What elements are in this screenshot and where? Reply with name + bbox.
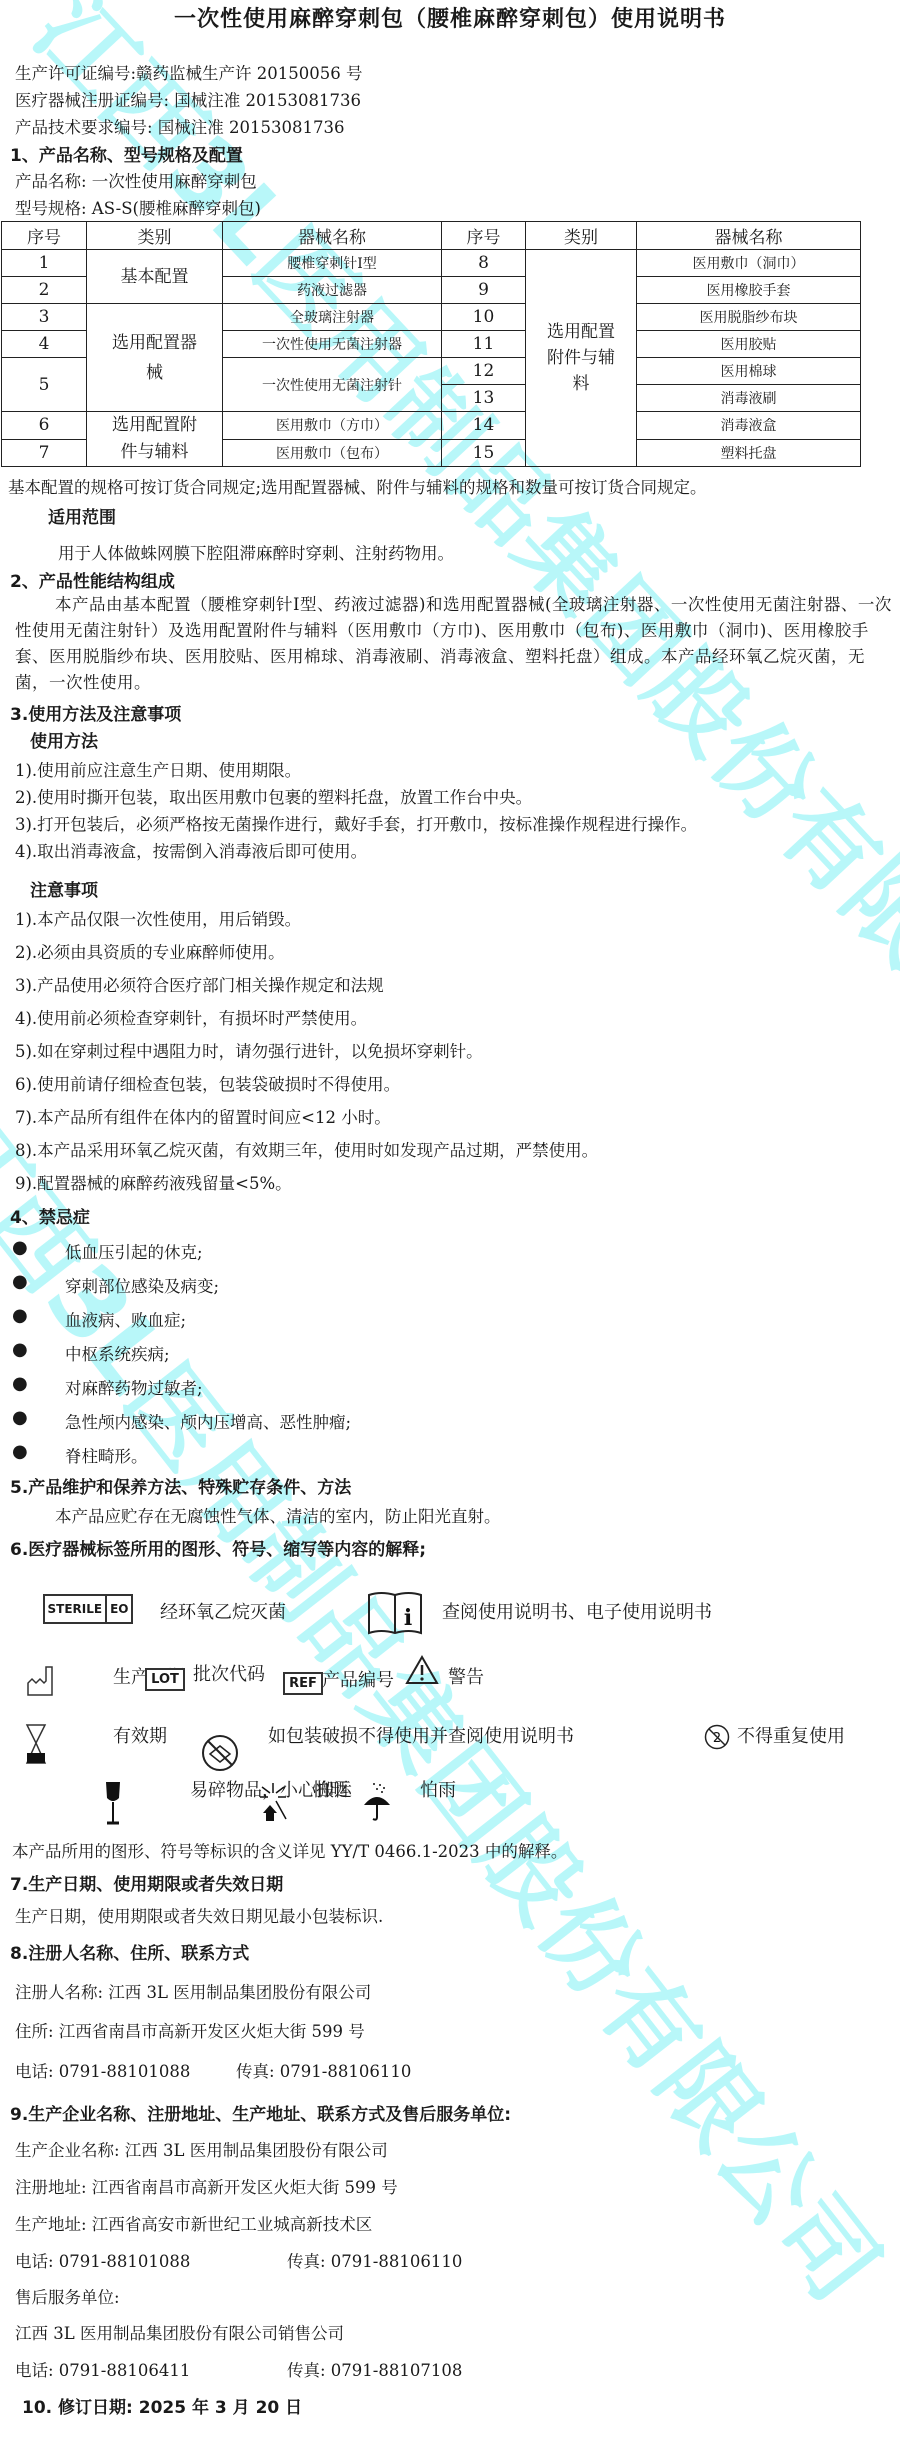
method-item: 2).使用时撕开包装，取出医用敷巾包裹的塑料托盘，放置工作台中央。 bbox=[15, 784, 532, 808]
registrant-phone: 电话: 0791-88101088 bbox=[15, 2058, 190, 2082]
scope-text: 用于人体做蛛网膜下腔阻滞麻醉时穿刺、注射药物用。 bbox=[58, 540, 454, 564]
bullet-icon: ● bbox=[12, 1373, 28, 1394]
column-header: 序号 bbox=[442, 222, 526, 250]
caution-item: 1).本产品仅限一次性使用，用后销毁。 bbox=[15, 906, 301, 930]
production-address: 生产地址: 江西省高安市新世纪工业城高新技术区 bbox=[15, 2211, 372, 2235]
lot-label: 批次代码 bbox=[193, 1660, 265, 1686]
caution-item: 9).配置器械的麻醉药液残留量<5%。 bbox=[15, 1170, 292, 1194]
cell-name: 一次性使用无菌注射器 bbox=[223, 331, 442, 358]
ref-text: REF bbox=[283, 1672, 323, 1695]
section-9-heading: 9.生产企业名称、注册地址、生产地址、联系方式及售后服务单位: bbox=[10, 2100, 511, 2125]
manufacture-date-icon bbox=[25, 1660, 55, 1700]
ref-icon: REF bbox=[288, 1668, 318, 1698]
manufacturer-phone: 电话: 0791-88101088 bbox=[15, 2248, 190, 2272]
technical-requirement-number: 产品技术要求编号: 国械注准 20153081736 bbox=[15, 114, 345, 138]
keep-from-sunlight-label: 怕晒 bbox=[312, 1776, 348, 1802]
sterile-eo-icon: STERILE EO bbox=[38, 1592, 138, 1626]
cell-name: 塑料托盘 bbox=[637, 439, 861, 467]
warning-icon bbox=[404, 1652, 440, 1688]
cell-category: 基本配置 bbox=[87, 250, 223, 304]
after-sales-phone: 电话: 0791-88106411 bbox=[15, 2357, 190, 2381]
bullet-icon: ● bbox=[12, 1305, 28, 1326]
registration-number: 医疗器械注册证编号: 国械注准 20153081736 bbox=[15, 87, 361, 111]
section-1-heading: 1、产品名称、型号规格及配置 bbox=[10, 141, 243, 166]
column-header: 类别 bbox=[526, 222, 637, 250]
cell-name: 全玻璃注射器 bbox=[223, 304, 442, 331]
table-row: 3 选用配置器械 全玻璃注射器 10 医用脱脂纱布块 bbox=[2, 304, 861, 331]
caution-item: 5).如在穿刺过程中遇阻力时，请勿强行进针，以免损坏穿刺针。 bbox=[15, 1038, 483, 1062]
no-reuse-label: 不得重复使用 bbox=[737, 1722, 845, 1748]
section-4-heading: 4、禁忌症 bbox=[10, 1203, 90, 1228]
cell-no: 2 bbox=[2, 277, 87, 304]
category-text: 选用配置附件与辅料 bbox=[546, 319, 616, 397]
cell-name: 消毒液盒 bbox=[637, 412, 861, 440]
cell-name: 一次性使用无菌注射针 bbox=[223, 358, 442, 412]
symbols-footnote: 本产品所用的图形、符号等标识的含义详见 YY/T 0466.1-2023 中的解… bbox=[12, 1838, 567, 1862]
registrant-address: 住所: 江西省南昌市高新开发区火炬大街 599 号 bbox=[15, 2018, 365, 2042]
scope-heading: 适用范围 bbox=[48, 503, 116, 528]
info-letter: i bbox=[404, 1605, 412, 1631]
caution-item: 7).本产品所有组件在体内的留置时间应<12 小时。 bbox=[15, 1104, 391, 1128]
keep-from-sunlight-icon bbox=[256, 1780, 290, 1824]
method-item: 3).打开包装后，必须严格按无菌操作进行，戴好手套，打开敷巾，按标准操作规程进行… bbox=[15, 811, 697, 835]
caution-heading: 注意事项 bbox=[30, 876, 98, 901]
no-reuse-icon: 2 bbox=[702, 1722, 732, 1752]
manufacturer-name: 生产企业名称: 江西 3L 医用制品集团股份有限公司 bbox=[15, 2137, 388, 2161]
cell-name: 医用棉球 bbox=[637, 358, 861, 385]
cell-name: 药液过滤器 bbox=[223, 277, 442, 304]
caution-item: 2).必须由具资质的专业麻醉师使用。 bbox=[15, 939, 285, 963]
keep-dry-label: 怕雨 bbox=[420, 1776, 456, 1802]
section-5-heading: 5.产品维护和保养方法、特殊贮存条件、方法 bbox=[10, 1473, 351, 1498]
method-item: 1).使用前应注意生产日期、使用期限。 bbox=[15, 757, 301, 781]
cell-no: 5 bbox=[2, 358, 87, 412]
column-header: 序号 bbox=[2, 222, 87, 250]
column-header: 器械名称 bbox=[223, 222, 442, 250]
table-row: 1 基本配置 腰椎穿刺针Ⅰ型 8 选用配置附件与辅料 医用敷巾（洞巾） bbox=[2, 250, 861, 277]
ifu-label: 查阅使用说明书、电子使用说明书 bbox=[442, 1598, 712, 1624]
lot-text: LOT bbox=[145, 1668, 185, 1691]
cell-name: 腰椎穿刺针Ⅰ型 bbox=[223, 250, 442, 277]
section-7-heading: 7.生产日期、使用期限或者失效日期 bbox=[10, 1870, 283, 1895]
document-title: 一次性使用麻醉穿刺包（腰椎麻醉穿刺包）使用说明书 bbox=[0, 2, 900, 33]
section-5-text: 本产品应贮存在无腐蚀性气体、清洁的室内，防止阳光直射。 bbox=[55, 1503, 501, 1527]
section-2-text: 本产品由基本配置（腰椎穿刺针I型、药液过滤器)和选用配置器械(全玻璃注射器、一次… bbox=[15, 592, 895, 696]
section-6-heading: 6.医疗器械标签所用的图形、符号、缩写等内容的解释; bbox=[10, 1535, 426, 1560]
after-sales-label: 售后服务单位: bbox=[15, 2284, 120, 2308]
table-header-row: 序号 类别 器械名称 序号 类别 器械名称 bbox=[2, 222, 861, 250]
cell-no: 7 bbox=[2, 439, 87, 467]
cell-name: 医用敷巾（包布） bbox=[223, 439, 442, 467]
cell-no: 13 bbox=[442, 385, 526, 412]
category-text: 选用配置附件与辅料 bbox=[105, 412, 205, 466]
contraindication-item: 急性颅内感染、颅内压增高、恶性肿瘤; bbox=[65, 1409, 351, 1433]
revision-date: 10. 修订日期: 2025 年 3 月 20 日 bbox=[22, 2393, 302, 2418]
cell-no: 12 bbox=[442, 358, 526, 385]
model-spec: 型号规格: AS-S(腰椎麻醉穿刺包) bbox=[15, 195, 261, 219]
configuration-table: 序号 类别 器械名称 序号 类别 器械名称 1 基本配置 腰椎穿刺针Ⅰ型 8 选… bbox=[1, 221, 861, 467]
ref-label: 产品编号 bbox=[322, 1666, 394, 1692]
cell-no: 1 bbox=[2, 250, 87, 277]
caution-item: 4).使用前必须检查穿刺针，有损坏时严禁使用。 bbox=[15, 1005, 367, 1029]
method-heading: 使用方法 bbox=[30, 727, 98, 752]
category-text: 选用配置器械 bbox=[105, 328, 205, 388]
expiry-label: 有效期 bbox=[113, 1722, 167, 1748]
expiry-hourglass-icon bbox=[22, 1722, 50, 1766]
cell-no: 9 bbox=[442, 277, 526, 304]
bullet-icon: ● bbox=[12, 1441, 28, 1462]
ifu-icon: i bbox=[360, 1585, 430, 1640]
warning-label: 警告 bbox=[448, 1663, 484, 1689]
contraindication-item: 穿刺部位感染及病变; bbox=[65, 1273, 219, 1297]
cell-no: 14 bbox=[442, 412, 526, 440]
contraindication-item: 血液病、败血症; bbox=[65, 1307, 186, 1331]
method-item: 4).取出消毒液盒，按需倒入消毒液后即可使用。 bbox=[15, 838, 367, 862]
caution-item: 6).使用前请仔细检查包装，包装袋破损时不得使用。 bbox=[15, 1071, 400, 1095]
section-7-text: 生产日期，使用期限或者失效日期见最小包装标识. bbox=[15, 1903, 383, 1927]
after-sales-company: 江西 3L 医用制品集团股份有限公司销售公司 bbox=[15, 2320, 344, 2344]
cell-no: 6 bbox=[2, 412, 87, 440]
damaged-package-label: 如包装破损不得使用并查阅使用说明书 bbox=[268, 1722, 574, 1748]
cell-name: 医用敷巾（方巾） bbox=[223, 412, 442, 440]
cell-no: 3 bbox=[2, 304, 87, 331]
caution-item: 8).本产品采用环氧乙烷灭菌，有效期三年，使用时如发现产品过期，严禁使用。 bbox=[15, 1137, 598, 1161]
cell-no: 10 bbox=[442, 304, 526, 331]
caution-item: 3).产品使用必须符合医疗部门相关操作规定和法规 bbox=[15, 972, 384, 996]
registered-address: 注册地址: 江西省南昌市高新开发区火炬大街 599 号 bbox=[15, 2174, 398, 2198]
cell-no: 8 bbox=[442, 250, 526, 277]
config-note: 基本配置的规格可按订货合同规定;选用配置器械、附件与辅料的规格和数量可按订货合同… bbox=[8, 474, 707, 498]
cell-name: 医用敷巾（洞巾） bbox=[637, 250, 861, 277]
manufacturer-fax: 传真: 0791-88106110 bbox=[287, 2248, 462, 2272]
column-header: 器械名称 bbox=[637, 222, 861, 250]
column-header: 类别 bbox=[87, 222, 223, 250]
cell-name: 消毒液刷 bbox=[637, 385, 861, 412]
cell-category: 选用配置器械 bbox=[87, 304, 223, 412]
eo-text: EO bbox=[107, 1602, 131, 1616]
contraindication-item: 对麻醉药物过敏者; bbox=[65, 1375, 203, 1399]
contraindication-item: 中枢系统疾病; bbox=[65, 1341, 170, 1365]
section-2-heading: 2、产品性能结构组成 bbox=[10, 567, 175, 592]
cell-name: 医用橡胶手套 bbox=[637, 277, 861, 304]
keep-dry-umbrella-icon bbox=[360, 1780, 394, 1824]
cell-category: 选用配置附件与辅料 bbox=[87, 412, 223, 467]
section-3-heading: 3.使用方法及注意事项 bbox=[10, 700, 181, 725]
contraindication-item: 脊柱畸形。 bbox=[65, 1443, 148, 1467]
sterile-label: 经环氧乙烷灭菌 bbox=[160, 1598, 286, 1624]
cell-name: 医用脱脂纱布块 bbox=[637, 304, 861, 331]
cell-no: 11 bbox=[442, 331, 526, 358]
lot-icon: LOT bbox=[150, 1664, 180, 1694]
cell-no: 15 bbox=[442, 439, 526, 467]
cell-no: 4 bbox=[2, 331, 87, 358]
registrant-name: 注册人名称: 江西 3L 医用制品集团股份有限公司 bbox=[15, 1979, 371, 2003]
registrant-fax: 传真: 0791-88106110 bbox=[236, 2058, 411, 2082]
fragile-glass-icon bbox=[102, 1780, 124, 1826]
bullet-icon: ● bbox=[12, 1407, 28, 1428]
bullet-icon: ● bbox=[12, 1339, 28, 1360]
section-8-heading: 8.注册人名称、住所、联系方式 bbox=[10, 1939, 249, 1964]
sterile-text: STERILE bbox=[45, 1596, 108, 1622]
damaged-package-icon bbox=[200, 1733, 240, 1773]
after-sales-fax: 传真: 0791-88107108 bbox=[287, 2357, 462, 2381]
cell-category: 选用配置附件与辅料 bbox=[526, 250, 637, 467]
bullet-icon: ● bbox=[12, 1271, 28, 1292]
table-row: 6 选用配置附件与辅料 医用敷巾（方巾） 14 消毒液盒 bbox=[2, 412, 861, 440]
contraindication-item: 低血压引起的休克; bbox=[65, 1239, 203, 1263]
product-name: 产品名称: 一次性使用麻醉穿刺包 bbox=[15, 168, 257, 192]
production-license: 生产许可证编号:赣药监械生产许 20150056 号 bbox=[15, 60, 363, 84]
cell-name: 医用胶贴 bbox=[637, 331, 861, 358]
bullet-icon: ● bbox=[12, 1237, 28, 1258]
